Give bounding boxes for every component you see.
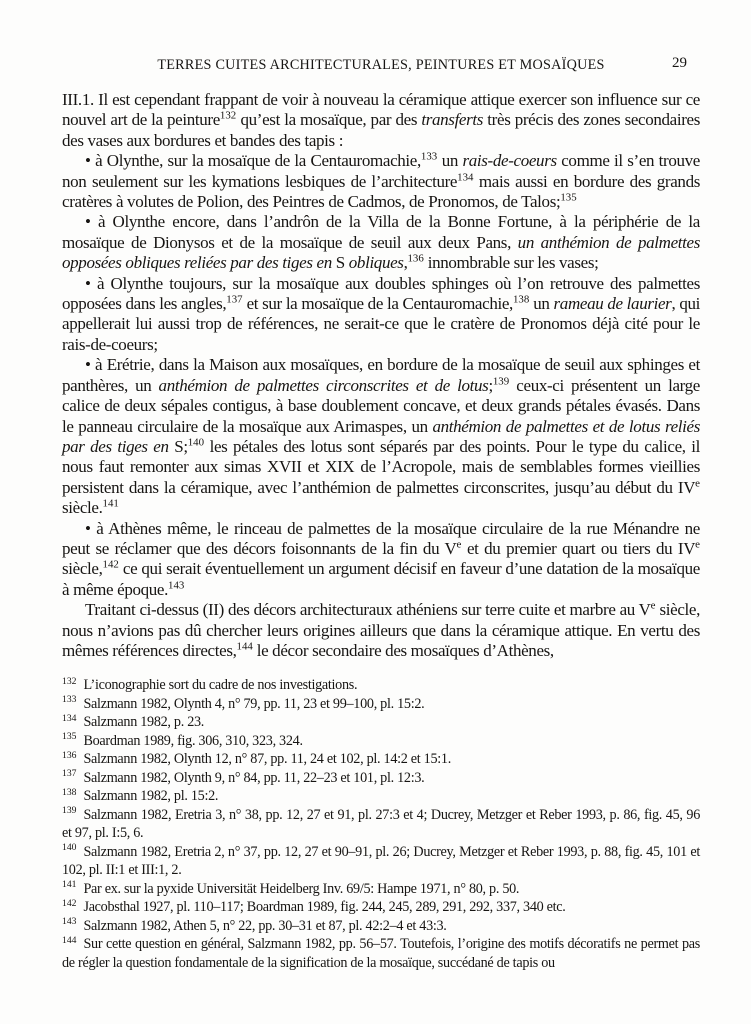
body-paragraph: III.1. Il est cependant frappant de voir… — [62, 90, 700, 151]
footnote: 141Par ex. sur la pyxide Universität Hei… — [62, 880, 700, 899]
footnote-number: 138 — [62, 787, 76, 798]
italic-term: rais-de-coeurs — [462, 151, 556, 170]
footnote-number: 142 — [62, 898, 76, 909]
body-text: III.1. Il est cependant frappant de voir… — [62, 90, 700, 661]
footnote-text: Par ex. sur la pyxide Universität Heidel… — [83, 881, 519, 897]
body-paragraph: • à Athènes même, le rinceau de palmette… — [62, 519, 700, 601]
footnote-number: 133 — [62, 694, 76, 705]
text-run: un — [437, 151, 462, 170]
footnote-number: 137 — [62, 768, 76, 779]
footnote-text: Salzmann 1982, Olynth 12, n° 87, pp. 11,… — [83, 751, 450, 767]
body-paragraph: • à Olynthe encore, dans l’andrôn de la … — [62, 212, 700, 273]
footnote-reference: e — [695, 538, 700, 550]
document-page: TERRES CUITES ARCHITECTURALES, PEINTURES… — [0, 0, 751, 1024]
footnote-reference: 138 — [513, 293, 529, 305]
body-paragraph: Traitant ci-dessus (II) des décors archi… — [62, 600, 700, 661]
footnote-text: Salzmann 1982, pl. 15:2. — [83, 788, 218, 804]
footnote-reference: 136 — [407, 253, 423, 265]
text-run: siècle, — [62, 559, 103, 578]
text-run: • à Olynthe, sur la mosaïque de la Centa… — [85, 151, 421, 170]
footnote: 133Salzmann 1982, Olynth 4, n° 79, pp. 1… — [62, 695, 700, 714]
running-title: TERRES CUITES ARCHITECTURALES, PEINTURES… — [62, 57, 700, 74]
footnote: 135Boardman 1989, fig. 306, 310, 323, 32… — [62, 732, 700, 751]
footnote: 140Salzmann 1982, Eretria 2, n° 37, pp. … — [62, 843, 700, 880]
italic-term: obliques — [349, 253, 404, 272]
text-run: S; — [174, 437, 187, 456]
footnote-reference: 132 — [220, 110, 236, 122]
footnote-reference: 134 — [457, 171, 473, 183]
footnote-reference: 142 — [103, 559, 119, 571]
footnote-text: Jacobsthal 1927, pl. 110–117; Boardman 1… — [83, 899, 565, 915]
footnote-number: 140 — [62, 842, 76, 853]
footnote-number: 132 — [62, 676, 76, 687]
footnote-number: 136 — [62, 750, 76, 761]
page-number: 29 — [672, 55, 687, 72]
text-run: un — [529, 294, 553, 313]
text-run: innombrable sur les vases; — [424, 253, 599, 272]
footnote: 143Salzmann 1982, Athen 5, n° 22, pp. 30… — [62, 917, 700, 936]
body-paragraph: • à Erétrie, dans la Maison aux mosaïque… — [62, 355, 700, 518]
footnote-number: 135 — [62, 731, 76, 742]
footnote-reference: 140 — [188, 436, 204, 448]
text-run: le décor secondaire des mosaïques d’Athè… — [253, 641, 554, 660]
footnote-reference: 143 — [168, 579, 184, 591]
text-run: S — [336, 253, 349, 272]
footnote-reference: 137 — [226, 293, 242, 305]
footnote-text: Salzmann 1982, Eretria 3, n° 38, pp. 12,… — [62, 807, 700, 842]
text-run: Traitant ci-dessus (II) des décors archi… — [85, 600, 651, 619]
text-run: qu’est la mosaïque, par des — [236, 110, 421, 129]
body-paragraph: • à Olynthe, sur la mosaïque de la Centa… — [62, 151, 700, 212]
footnote-reference: 141 — [103, 497, 119, 509]
body-paragraph: • à Olynthe toujours, sur la mosaïque au… — [62, 274, 700, 356]
footnote-text: Salzmann 1982, Athen 5, n° 22, pp. 30–31… — [83, 918, 446, 934]
footnote: 138Salzmann 1982, pl. 15:2. — [62, 787, 700, 806]
footnotes-section: 132L’iconographie sort du cadre de nos i… — [62, 676, 700, 972]
footnote: 139Salzmann 1982, Eretria 3, n° 38, pp. … — [62, 806, 700, 843]
footnote-text: L’iconographie sort du cadre de nos inve… — [83, 677, 357, 693]
footnote-text: Salzmann 1982, Olynth 4, n° 79, pp. 11, … — [83, 696, 424, 712]
footnote-text: Salzmann 1982, Olynth 9, n° 84, pp. 11, … — [83, 770, 424, 786]
page-header: TERRES CUITES ARCHITECTURALES, PEINTURES… — [62, 57, 700, 75]
footnote: 136Salzmann 1982, Olynth 12, n° 87, pp. … — [62, 750, 700, 769]
text-run: siècle. — [62, 498, 103, 517]
footnote-number: 144 — [62, 935, 76, 946]
footnote-reference: 144 — [237, 640, 253, 652]
footnote-reference: e — [695, 477, 700, 489]
text-run: et sur la mosaïque de la Centauromachie, — [243, 294, 513, 313]
footnote-text: Boardman 1989, fig. 306, 310, 323, 324. — [83, 733, 302, 749]
footnote: 144Sur cette question en général, Salzma… — [62, 935, 700, 972]
footnote-number: 134 — [62, 713, 76, 724]
footnote-number: 143 — [62, 916, 76, 927]
footnote: 142Jacobsthal 1927, pl. 110–117; Boardma… — [62, 898, 700, 917]
footnote: 137Salzmann 1982, Olynth 9, n° 84, pp. 1… — [62, 769, 700, 788]
italic-term: anthémion de palmettes circonscrites et … — [159, 376, 489, 395]
italic-term: transferts — [421, 110, 483, 129]
text-run: ce qui serait éventuellement un argument… — [62, 559, 700, 598]
footnote: 134Salzmann 1982, p. 23. — [62, 713, 700, 732]
text-run: et du premier quart ou tiers du IV — [461, 539, 695, 558]
footnote: 132L’iconographie sort du cadre de nos i… — [62, 676, 700, 695]
footnote-text: Sur cette question en général, Salzmann … — [62, 936, 700, 971]
footnote-reference: 133 — [421, 151, 437, 163]
footnote-number: 139 — [62, 805, 76, 816]
footnote-number: 141 — [62, 879, 76, 890]
footnote-reference: 135 — [560, 191, 576, 203]
footnote-text: Salzmann 1982, Eretria 2, n° 37, pp. 12,… — [62, 844, 700, 879]
italic-term: rameau de laurier — [554, 294, 672, 313]
footnote-text: Salzmann 1982, p. 23. — [83, 714, 204, 730]
footnote-reference: 139 — [493, 375, 509, 387]
